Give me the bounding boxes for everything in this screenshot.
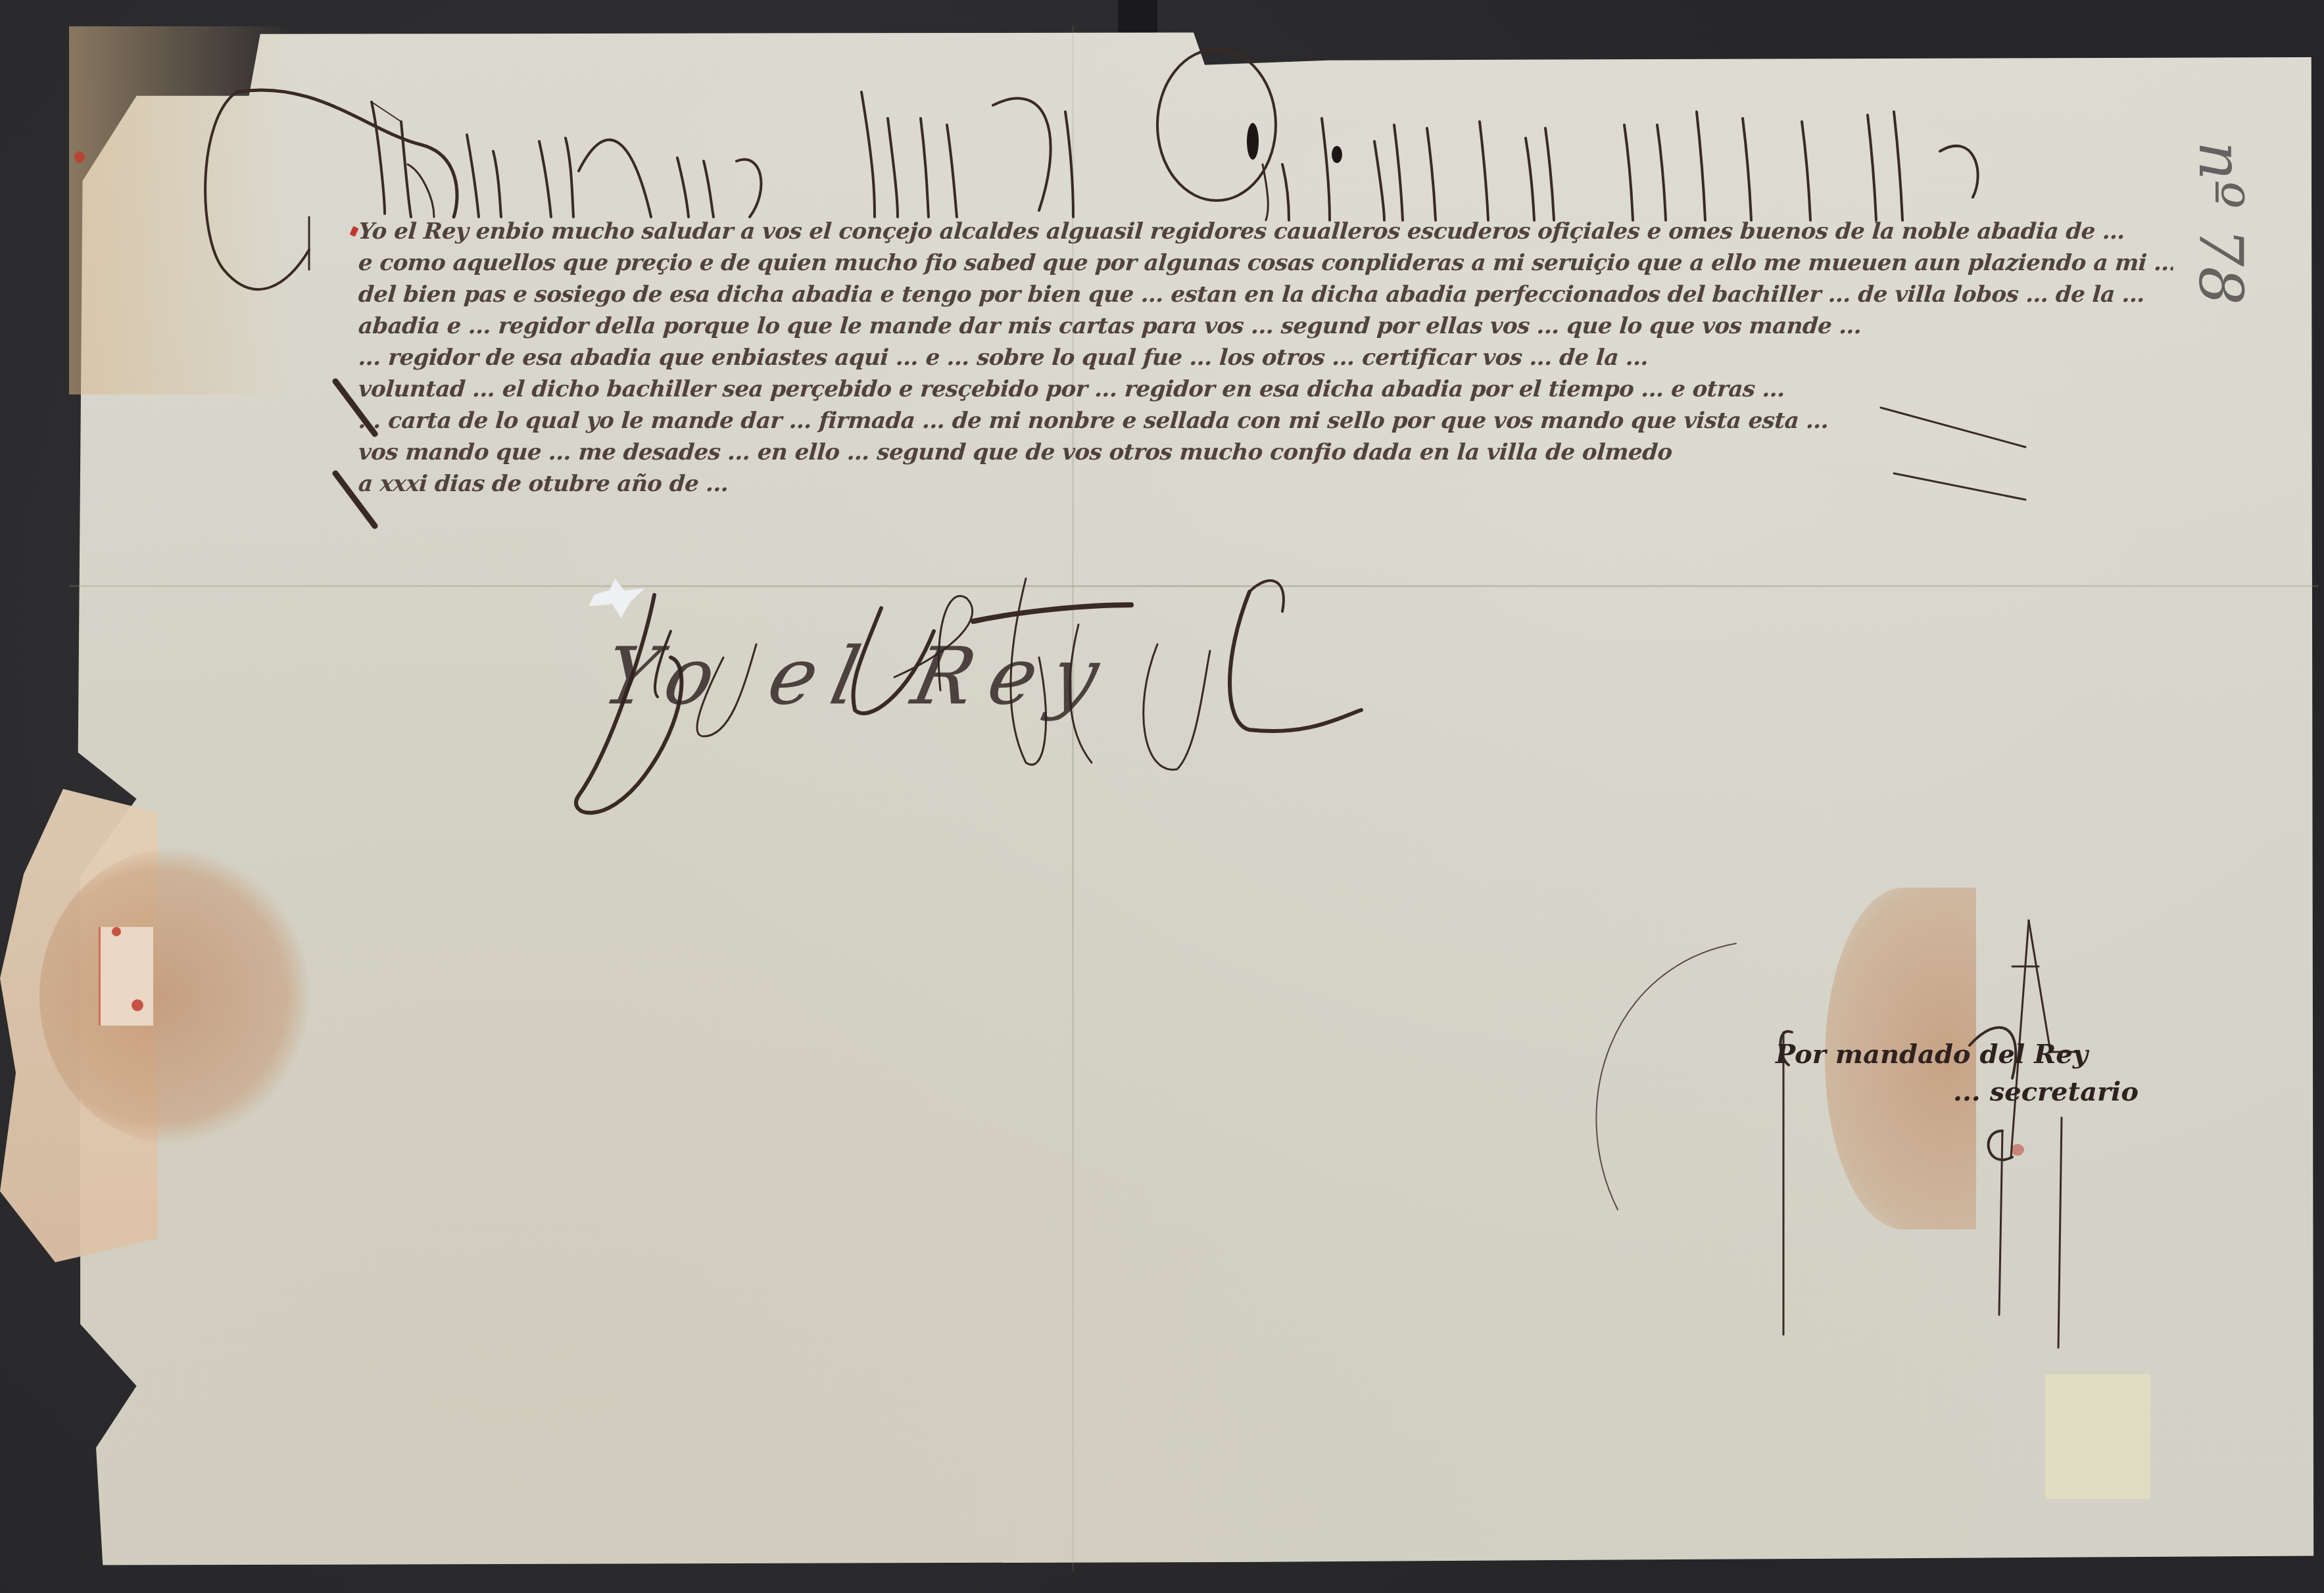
body-line-7: ... carta de lo qual yo le mande dar ...…: [357, 405, 2174, 437]
secretary-name: ... secretario: [1953, 1076, 2139, 1107]
red-wax-spot: [132, 999, 143, 1011]
top-edge-tear: [1118, 0, 1157, 33]
seal-stain-left: [39, 848, 309, 1144]
body-line-4: abadia e ... regidor della porque lo que…: [357, 310, 2174, 342]
royal-signature: Yo el Rey: [595, 631, 1122, 723]
red-wax-spot: [74, 151, 85, 163]
por-mandado-del-rey: Por mandado del Rey: [1776, 1039, 2088, 1070]
body-line-1: Yo el Rey enbio mucho saludar a vos el c…: [357, 216, 2174, 247]
horizontal-fold-line: [69, 585, 2318, 587]
body-line-8: vos mando que ... me desades ... en ello…: [357, 437, 2174, 468]
body-line-3: del bien pas e sosiego de esa dicha abad…: [357, 279, 2174, 310]
letter-body: Yo el Rey enbio mucho saludar a vos el c…: [358, 216, 2173, 500]
archival-number-note: nº 78: [2185, 141, 2256, 305]
body-line-6: voluntad ... el dicho bachiller sea perç…: [357, 373, 2174, 405]
body-line-2: e como aquellos que preçio e de quien mu…: [357, 247, 2174, 279]
paper-discoloration: [2045, 1374, 2150, 1499]
seal-tab: [99, 927, 153, 1026]
body-line-5: ... regidor de esa abadia que enbiastes …: [357, 342, 2174, 373]
red-wax-spot: [112, 927, 121, 936]
subscription-block: Por mandado del Rey ... secretario: [1776, 1039, 2139, 1107]
red-wax-spot: [2011, 1144, 2024, 1156]
body-line-9-date: a xxxi dias de otubre año de ...: [357, 468, 1082, 500]
